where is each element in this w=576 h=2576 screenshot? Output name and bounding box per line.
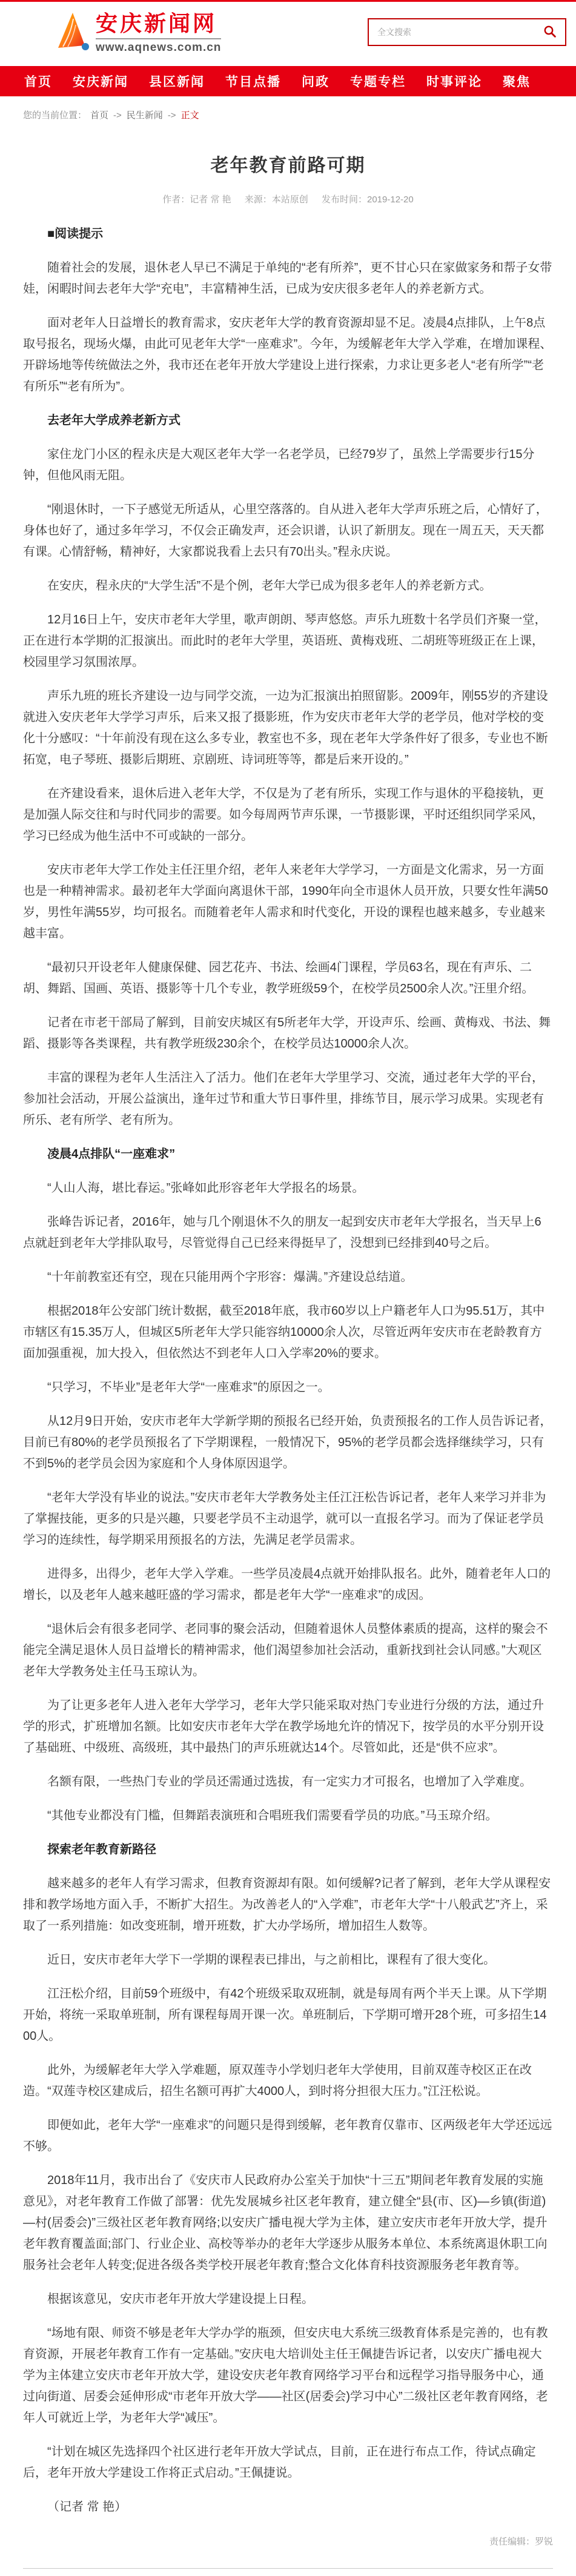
article-paragraph: 在齐建设看来，退休后进入老年大学，不仅是为了老有所乐，实现工作与退休的平稳接轨，… [23,783,553,847]
article-paragraph: （记者 常 艳） [23,2497,553,2518]
search-input[interactable] [376,27,542,38]
article-body: ■阅读提示随着社会的发展，退休老人早已不满足于单纯的“老有所养”，更不甘心只在家… [23,224,553,2518]
article-paragraph: 声乐九班的班长齐建设一边与同学交流，一边为汇报演出拍照留影。2009年，刚55岁… [23,686,553,771]
article-author: 作者：记者 常 艳 [162,194,231,205]
article-paragraph: 安庆市老年大学工作处主任汪里介绍，老年人来老年大学学习，一方面是文化需求，另一方… [23,860,553,944]
article-paragraph: 根据2018年公安部门统计数据，截至2018年底，我市60岁以上户籍老年人口为9… [23,1301,553,1364]
article-meta: 作者：记者 常 艳 来源：本站原创 发布时间：2019-12-20 [23,193,553,205]
article-paragraph: 为了让更多老年人进入老年大学学习，老年大学只能采取对热门专业进行分级的方法，通过… [23,1695,553,1759]
article-paragraph: “最初只开设老年人健康保健、园艺花卉、书法、绘画4门课程，学员63名，现在有声乐… [23,957,553,1000]
article-paragraph: “场地有限、师资不够是老年大学办学的瓶颈，但安庆电大系统三级教育体系是完善的，也… [23,2323,553,2429]
article-source: 来源：本站原创 [245,194,308,205]
breadcrumb-label: 您的当前位置： [23,110,87,121]
article-paragraph: 在安庆，程永庆的“大学生活”不是个例，老年大学已成为很多老年人的养老新方式。 [23,576,553,597]
article-paragraph: 根据该意见，安庆市老年开放大学建设提上日程。 [23,2289,553,2310]
article-paragraph: 随着社会的发展，退休老人早已不满足于单纯的“老有所养”，更不甘心只在家做家务和帮… [23,257,553,300]
article-paragraph: 张峰告诉记者，2016年，她与几个刚退休不久的朋友一起到安庆市老年大学报名，当天… [23,1212,553,1254]
article-paragraph: “刚退休时，一下子感觉无所适从，心里空落落的。自从进入老年大学声乐班之后，心情好… [23,499,553,563]
article-paragraph: 此外，为缓解老年大学入学难题，原双莲寺小学划归老年大学使用，目前双莲寺校区正在改… [23,2060,553,2102]
breadcrumb-separator: -> [168,110,176,121]
page-title: 老年教育前路可期 [23,150,553,177]
article-paragraph: 家住龙门小区的程永庆是大观区老年大学一名老学员，已经79岁了，虽然上学需要步行1… [23,444,553,486]
search-icon [543,25,557,40]
article: 老年教育前路可期 作者：记者 常 艳 来源：本站原创 发布时间：2019-12-… [0,150,576,2548]
breadcrumb-separator: -> [113,110,122,121]
article-paragraph: “退休后会有很多老同学、老同事的聚会活动，但随着退休人员整体素质的提高，这样的聚… [23,1619,553,1682]
site-logo-icon [55,12,90,53]
search-button[interactable] [542,24,558,40]
article-publish-time: 发布时间：2019-12-20 [322,194,414,205]
main-nav: 首页安庆新闻县区新闻节目点播问政专题专栏时事评论聚焦 [0,66,576,96]
breadcrumb-current: 正文 [181,110,199,121]
nav-item[interactable]: 首页 [24,72,52,90]
article-paragraph: 即便如此，老年大学“一座难求”的问题只是得到缓解，老年教育仅靠市、区两级老年大学… [23,2115,553,2157]
article-paragraph: “老年大学没有毕业的说法。”安庆市老年大学教务处主任江汪松告诉记者，老年人来学习… [23,1487,553,1551]
nav-item[interactable]: 问政 [302,72,329,90]
breadcrumb-section[interactable]: 民生新闻 [127,110,163,121]
article-paragraph: 去老年大学成养老新方式 [23,410,553,431]
article-paragraph: 记者在市老干部局了解到，目前安庆城区有5所老年大学，开设声乐、绘画、黄梅戏、书法… [23,1012,553,1055]
breadcrumb: 您的当前位置：首页->民生新闻->正文 [0,96,576,121]
editor-note: 责任编辑：罗锐 [23,2535,553,2548]
nav-item[interactable]: 专题专栏 [350,72,406,90]
article-paragraph: 探索老年教育新路径 [23,1839,553,1861]
article-paragraph: 越来越多的老年人有学习需求，但教育资源却有限。如何缓解?记者了解到，老年大学从课… [23,1873,553,1937]
article-paragraph: ■阅读提示 [23,224,553,245]
article-paragraph: “十年前教室还有空，现在只能用两个字形容：爆满。”齐建设总结道。 [23,1267,553,1288]
nav-item[interactable]: 聚焦 [503,72,531,90]
nav-item[interactable]: 县区新闻 [149,72,205,90]
breadcrumb-home[interactable]: 首页 [90,110,108,121]
article-paragraph: “人山人海，堪比春运。”张峰如此形容老年大学报名的场景。 [23,1178,553,1199]
article-paragraph: 2018年11月，我市出台了《安庆市人民政府办公室关于加快“十三五”期间老年教育… [23,2170,553,2276]
article-paragraph: 丰富的课程为老年人生活注入了活力。他们在老年大学里学习、交流，通过老年大学的平台… [23,1067,553,1131]
article-paragraph: 12月16日上午，安庆市老年大学里，歌声朗朗、琴声悠悠。声乐九班数十名学员们齐聚… [23,609,553,673]
nav-item[interactable]: 节目点播 [225,72,281,90]
article-paragraph: 凌晨4点排队“一座难求” [23,1144,553,1165]
article-paragraph: 面对老年人日益增长的教育需求，安庆老年大学的教育资源却显不足。凌晨4点排队，上午… [23,313,553,397]
article-paragraph: 从12月9日开始，安庆市老年大学新学期的预报名已经开始，负责预报名的工作人员告诉… [23,1411,553,1475]
article-paragraph: “只学习，不毕业”是老年大学“一座难求”的原因之一。 [23,1377,553,1398]
article-paragraph: 名额有限，一些热门专业的学员还需通过选拔，有一定实力才可报名，也增加了入学难度。 [23,1771,553,1793]
site-name: 安庆新闻网 [96,12,221,36]
article-paragraph: 江汪松介绍，目前59个班级中，有42个班级采取双班制，就是每周有两个半天上课。从… [23,1983,553,2047]
article-paragraph: “计划在城区先选择四个社区进行老年开放大学试点，目前，正在进行布点工作，待试点确… [23,2442,553,2484]
site-url: www.aqnews.com.cn [96,38,221,55]
article-paragraph: 进得多，出得少，老年大学入学难。一些学员凌晨4点就开始排队报名。此外，随着老年人… [23,1564,553,1606]
site-logo[interactable]: 安庆新闻网 www.aqnews.com.cn [55,12,221,55]
search-box [368,18,566,46]
article-paragraph: 近日，安庆市老年大学下一学期的课程表已排出，与之前相比，课程有了很大变化。 [23,1950,553,1971]
nav-item[interactable]: 时事评论 [426,72,482,90]
nav-item[interactable]: 安庆新闻 [73,72,128,90]
site-header: 安庆新闻网 www.aqnews.com.cn [0,2,576,66]
article-paragraph: “其他专业都没有门槛，但舞蹈表演班和合唱班我们需要看学员的功底。”马玉琼介绍。 [23,1805,553,1827]
